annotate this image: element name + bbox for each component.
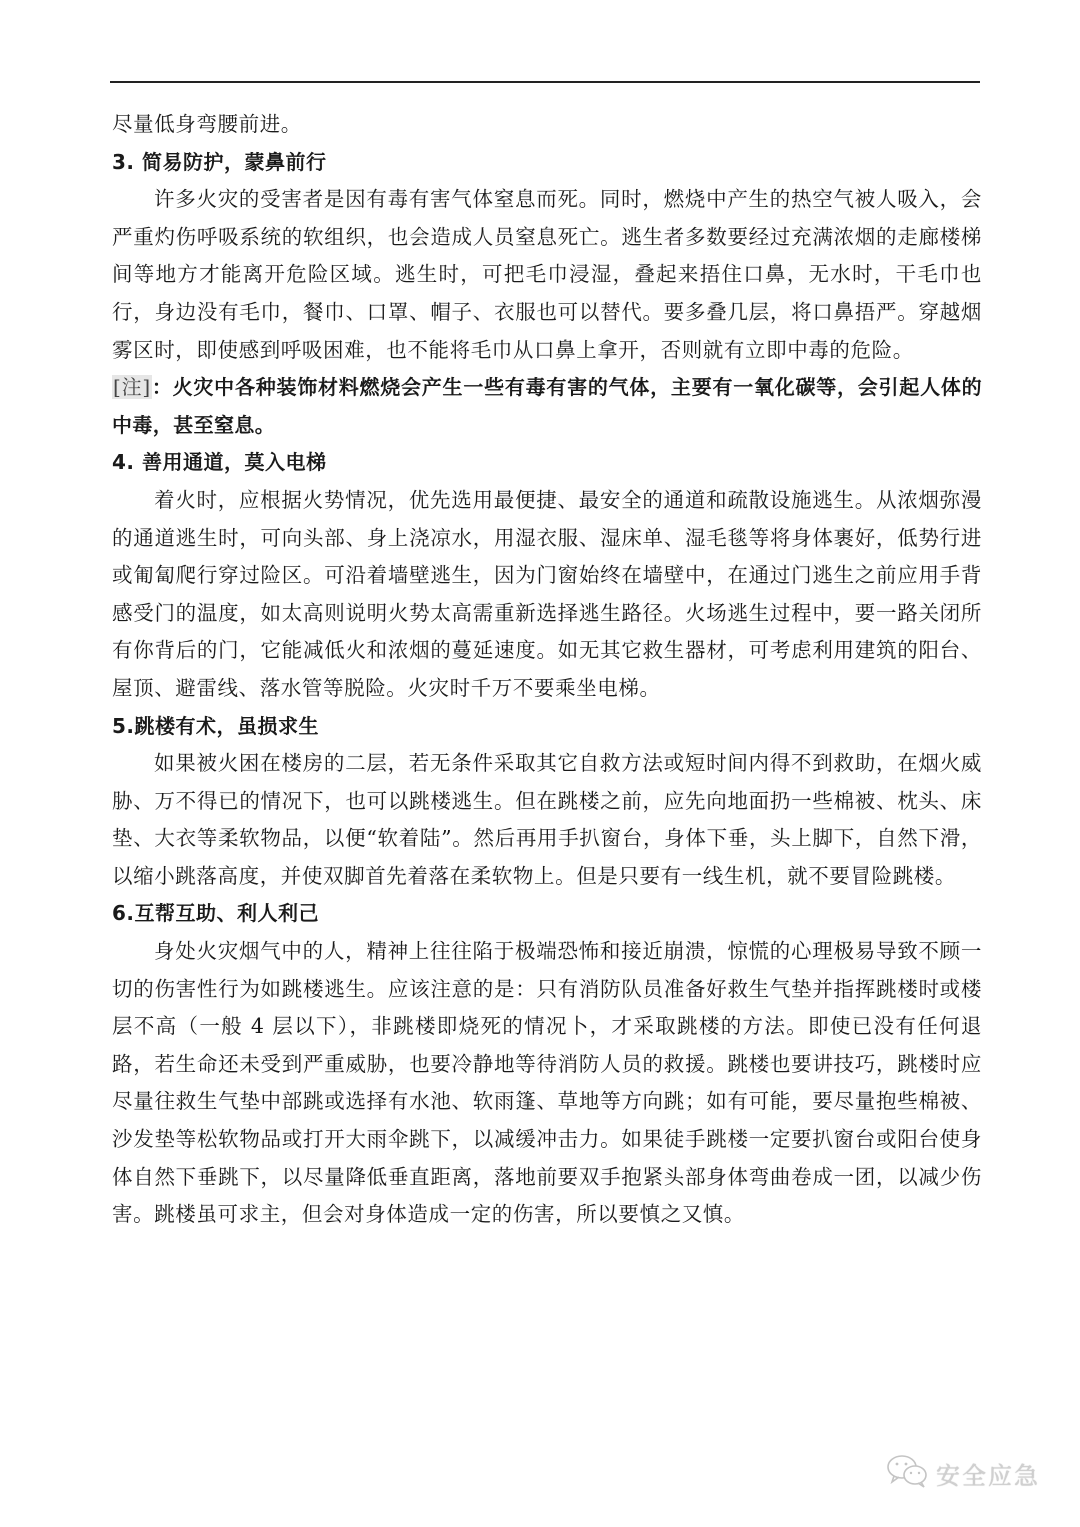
section-paragraph: 如果被火困在楼房的二层，若无条件采取其它自救方法或短时间内得不到救助，在烟火威胁… [112,745,982,895]
document-page: 尽量低身弯腰前进。 3. 简易防护，蒙鼻前行 许多火灾的受害者是因有毒有害气体窒… [112,106,982,1234]
section-paragraph: 身处火灾烟气中的人，精神上往往陷于极端恐怖和接近崩溃，惊慌的心理极易导致不顾一切… [112,933,982,1234]
note-tag: [注] [112,375,152,399]
section-heading: 6.互帮互助、利人利己 [112,895,982,933]
continuation-text: 尽量低身弯腰前进。 [112,106,982,144]
section-heading: 3. 简易防护，蒙鼻前行 [112,144,982,182]
section-paragraph: 着火时，应根据火势情况，优先选用最便捷、最安全的通道和疏散设施逃生。从浓烟弥漫的… [112,482,982,708]
section-5: 5.跳楼有术，虽损求生 如果被火困在楼房的二层，若无条件采取其它自救方法或短时间… [112,708,982,896]
header-rule [110,81,980,83]
section-heading: 4. 善用通道，莫入电梯 [112,444,982,482]
note-paragraph: [注]：火灾中各种装饰材料燃烧会产生一些有毒有害的气体，主要有一氧化碳等，会引起… [112,369,982,444]
section-3: 3. 简易防护，蒙鼻前行 许多火灾的受害者是因有毒有害气体窒息而死。同时，燃烧中… [112,144,982,445]
wechat-icon [886,1453,930,1493]
section-6: 6.互帮互助、利人利己 身处火灾烟气中的人，精神上往往陷于极端恐怖和接近崩溃，惊… [112,895,982,1233]
section-4: 4. 善用通道，莫入电梯 着火时，应根据火势情况，优先选用最便捷、最安全的通道和… [112,444,982,707]
section-paragraph: 许多火灾的受害者是因有毒有害气体窒息而死。同时，燃烧中产生的热空气被人吸入，会严… [112,181,982,369]
watermark: 安全应急 [886,1453,1040,1493]
watermark-text: 安全应急 [936,1456,1040,1491]
section-heading: 5.跳楼有术，虽损求生 [112,708,982,746]
note-text: ：火灾中各种装饰材料燃烧会产生一些有毒有害的气体，主要有一氧化碳等，会引起人体的… [112,375,982,437]
